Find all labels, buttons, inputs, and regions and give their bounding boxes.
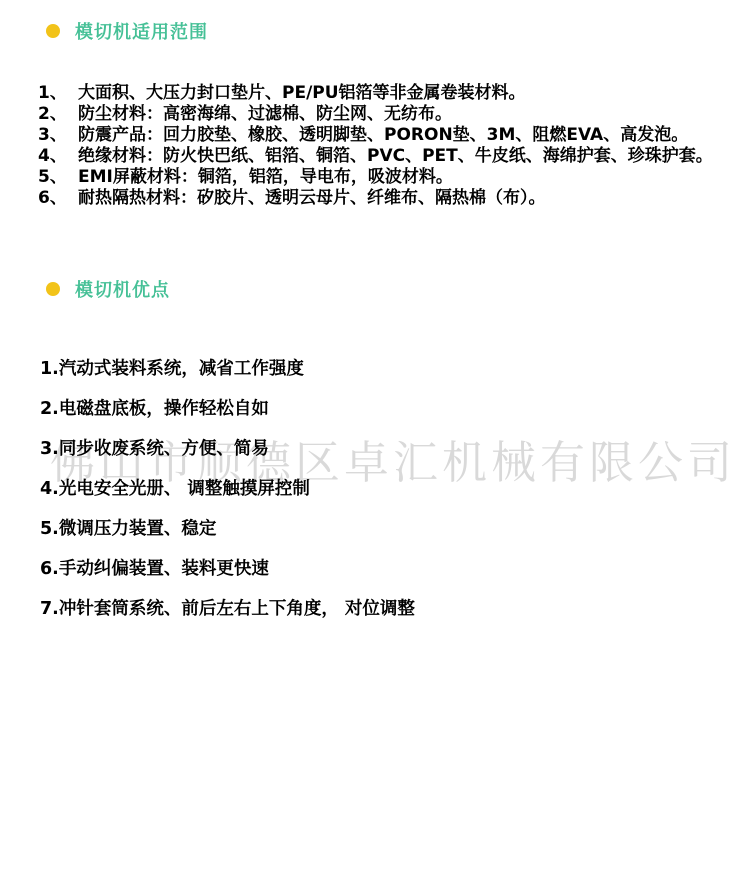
scope-list: 1、 大面积、大压力封口垫片、PE/PU铝箔等非金属卷装材料。 2、 防尘材料：… xyxy=(38,83,738,209)
list-item: 4.光电安全光册、 调整触摸屏控制 xyxy=(40,469,720,509)
list-item-number: 2、 xyxy=(38,104,78,125)
list-item-text: 大面积、大压力封口垫片、PE/PU铝箔等非金属卷装材料。 xyxy=(78,83,738,104)
list-item-number: 1、 xyxy=(38,83,78,104)
list-item-text: EMI屏蔽材料：铜箔，铝箔，导电布，吸波材料。 xyxy=(78,167,738,188)
advantages-section-heading: 模切机优点 xyxy=(46,276,170,302)
list-item: 1、 大面积、大压力封口垫片、PE/PU铝箔等非金属卷装材料。 xyxy=(38,83,738,104)
list-item: 3.同步收废系统、方便、简易 xyxy=(40,429,720,469)
list-item: 2.电磁盘底板，操作轻松自如 xyxy=(40,389,720,429)
list-item: 6、 耐热隔热材料：矽胶片、透明云母片、纤维布、隔热棉（布）。 xyxy=(38,188,738,209)
list-item-text: 防尘材料：高密海绵、过滤棉、防尘网、无纺布。 xyxy=(78,104,738,125)
list-item: 5.微调压力装置、稳定 xyxy=(40,509,720,549)
list-item-number: 5、 xyxy=(38,167,78,188)
advantages-list: 1.汽动式装料系统，减省工作强度 2.电磁盘底板，操作轻松自如 3.同步收废系统… xyxy=(40,349,720,629)
list-item: 2、 防尘材料：高密海绵、过滤棉、防尘网、无纺布。 xyxy=(38,104,738,125)
list-item: 5、 EMI屏蔽材料：铜箔，铝箔，导电布，吸波材料。 xyxy=(38,167,738,188)
list-item-text: 防震产品：回力胶垫、橡胶、透明脚垫、PORON垫、3M、阻燃EVA、高发泡。 xyxy=(78,125,738,146)
list-item-text: 绝缘材料：防火快巴纸、铝箔、铜箔、PVC、PET、牛皮纸、海绵护套、珍珠护套。 xyxy=(78,146,738,167)
list-item: 6.手动纠偏装置、装料更快速 xyxy=(40,549,720,589)
list-item-number: 3、 xyxy=(38,125,78,146)
bullet-dot-icon xyxy=(46,24,60,38)
list-item-text: 耐热隔热材料：矽胶片、透明云母片、纤维布、隔热棉（布）。 xyxy=(78,188,738,209)
scope-section-heading: 模切机适用范围 xyxy=(46,18,208,44)
bullet-dot-icon xyxy=(46,282,60,296)
list-item: 7.冲针套筒系统、前后左右上下角度， 对位调整 xyxy=(40,589,720,629)
advantages-section-title: 模切机优点 xyxy=(75,276,170,302)
list-item: 3、 防震产品：回力胶垫、橡胶、透明脚垫、PORON垫、3M、阻燃EVA、高发泡… xyxy=(38,125,738,146)
list-item-number: 4、 xyxy=(38,146,78,167)
list-item: 1.汽动式装料系统，减省工作强度 xyxy=(40,349,720,389)
list-item-number: 6、 xyxy=(38,188,78,209)
list-item: 4、 绝缘材料：防火快巴纸、铝箔、铜箔、PVC、PET、牛皮纸、海绵护套、珍珠护… xyxy=(38,146,738,167)
scope-section-title: 模切机适用范围 xyxy=(75,18,208,44)
